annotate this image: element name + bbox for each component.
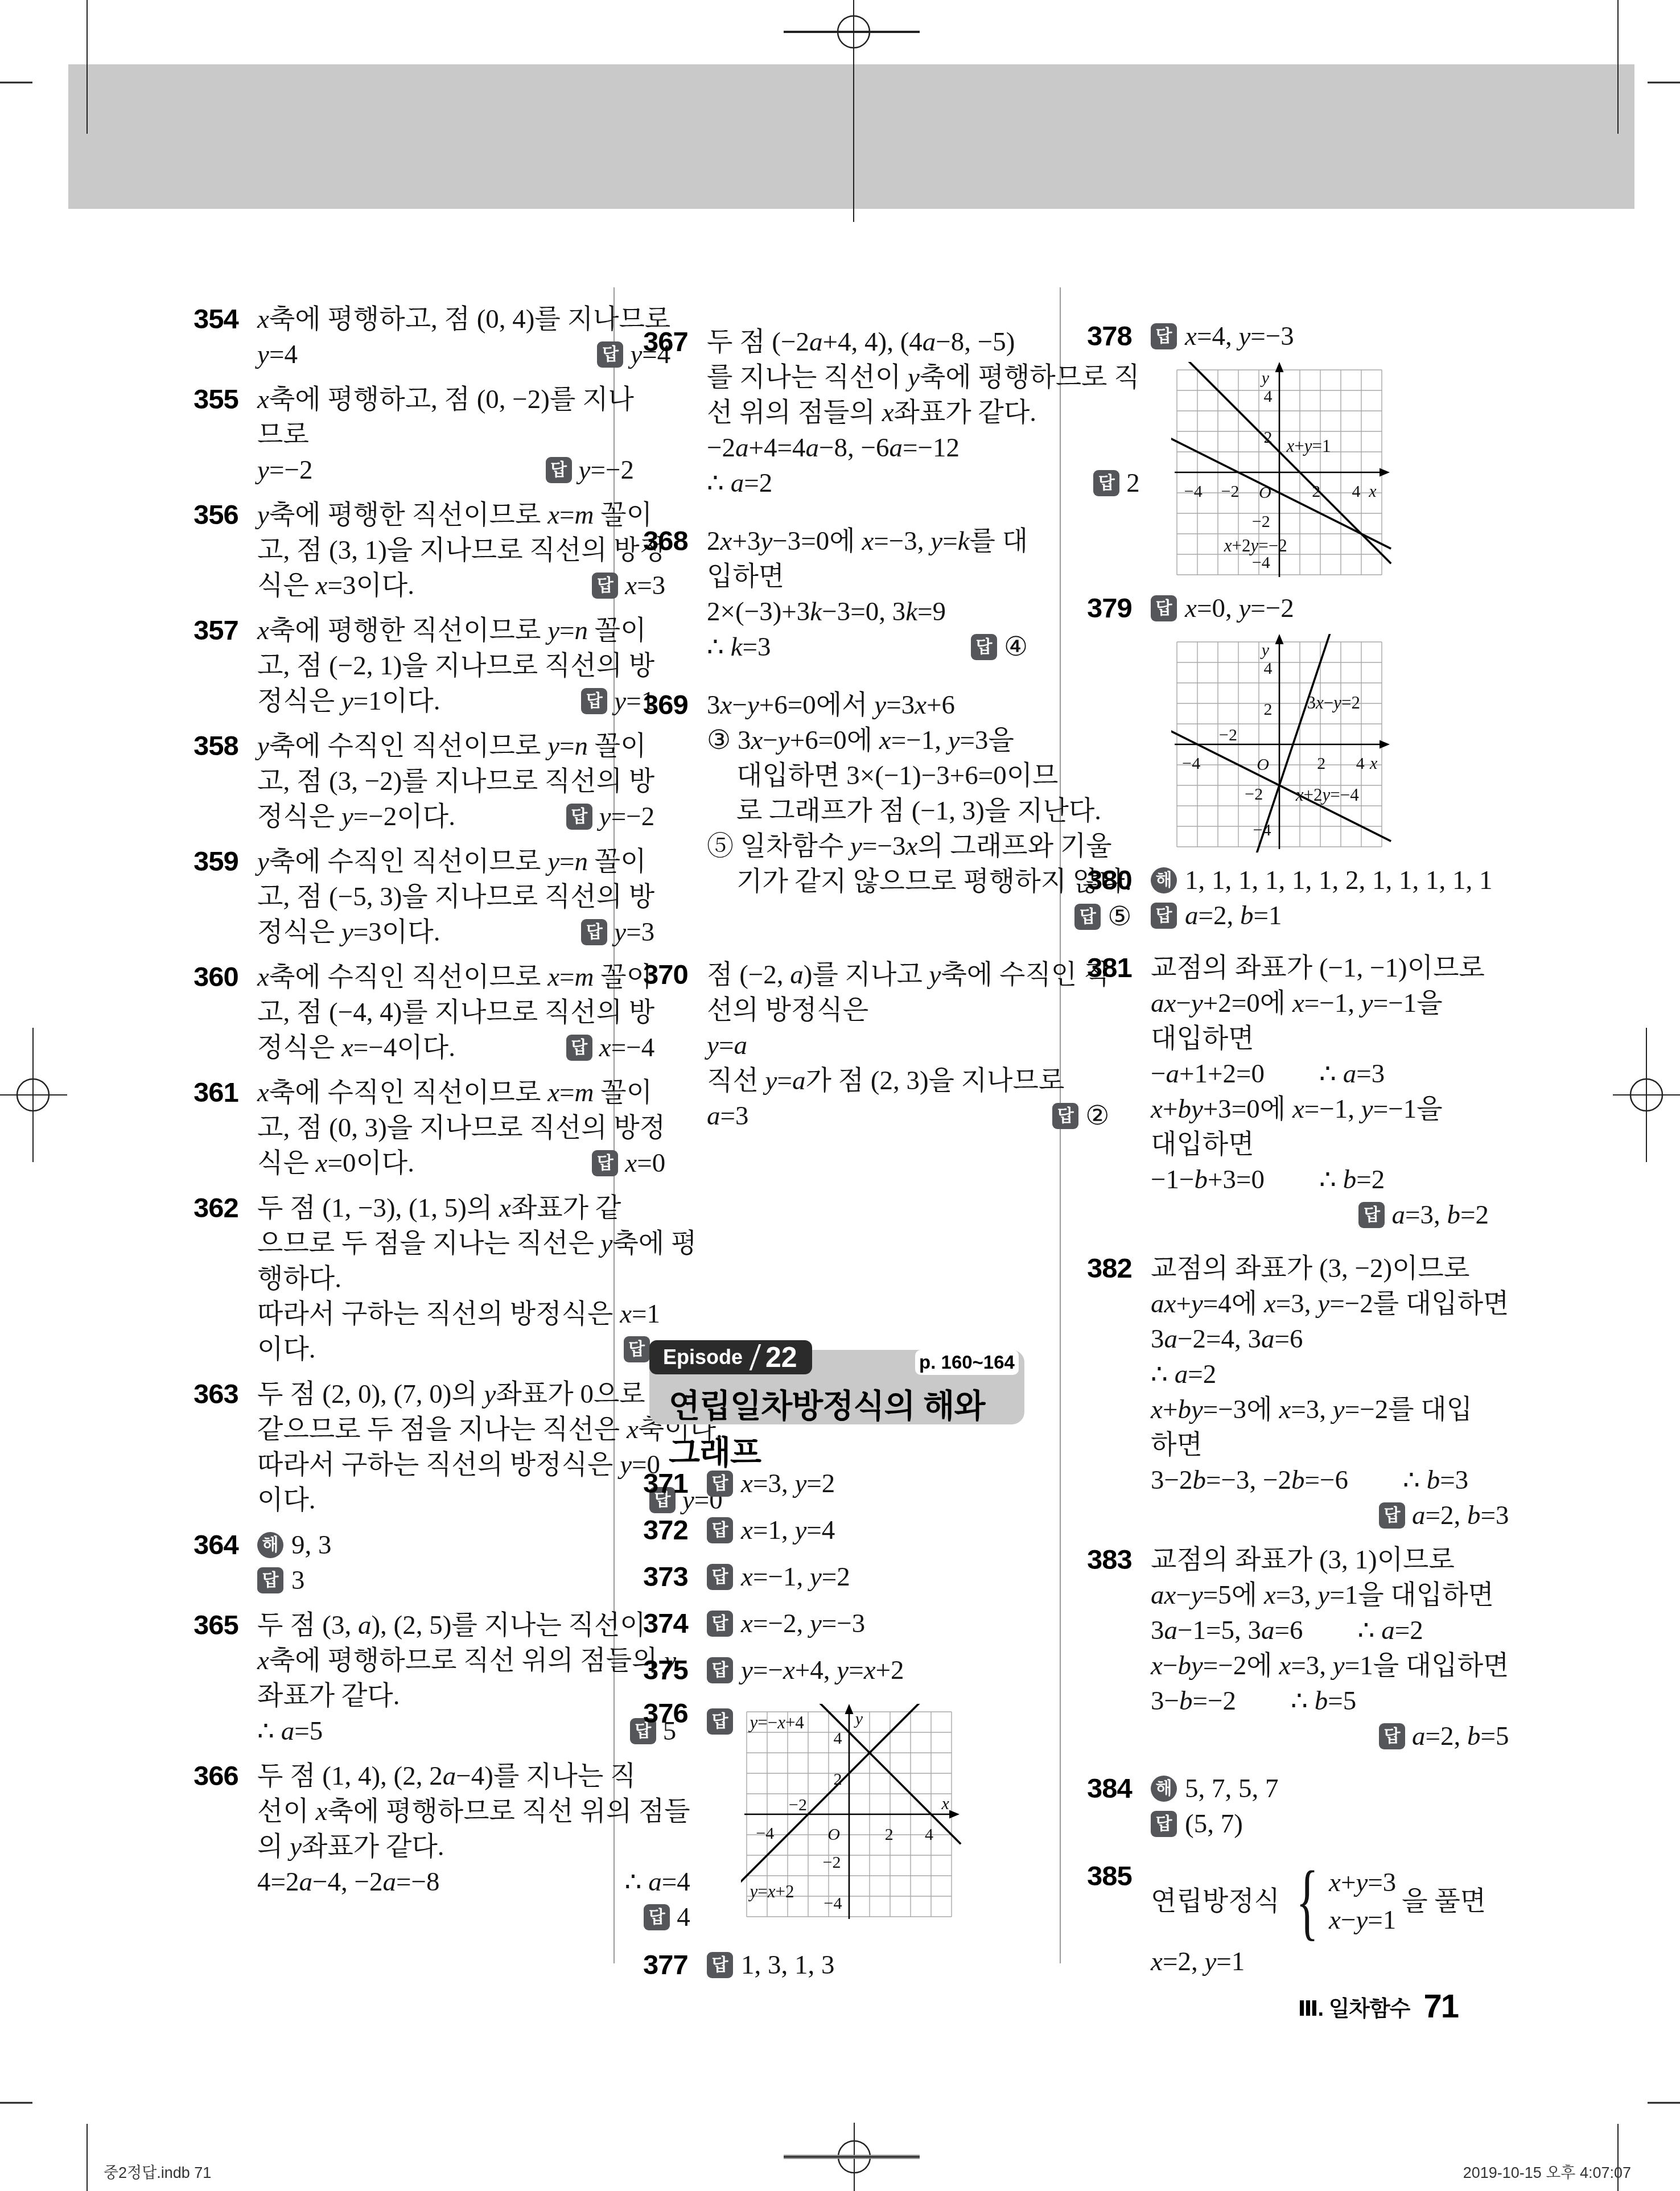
solution-line: 3x−y=2x+2y=−442−2−4−4−2O24xy (1151, 634, 1489, 852)
svg-text:2: 2 (1263, 428, 1272, 447)
problem-number: 385 (1087, 1859, 1151, 1979)
solution-line: 고, 점 (0, 3)을 지나므로 직선의 방정 (257, 1110, 665, 1146)
solution-text: x축에 수직인 직선이므로 x=m 꼴이 (257, 959, 652, 995)
solution-body: 2x+3y−3=0에 x=−3, y=k를 대입하면2×(−3)+3k−3=0,… (707, 524, 1028, 665)
solution-line: y축에 수직인 직선이므로 y=n 꼴이 (257, 728, 654, 764)
solution-line: 답(5, 7) (1151, 1806, 1489, 1842)
episode-number: 22 (765, 1341, 797, 1374)
solution-body: 답x=−2, y=−3 (707, 1606, 1028, 1641)
solution-line: 4=2a−4, −2a=−8∴ a=4 (257, 1864, 690, 1900)
solution-line: ax+y=4에 x=3, y=−2를 대입하면 (1151, 1286, 1509, 1321)
solution-line: ∴ a=2답2 (707, 466, 1140, 501)
solution-line: 므로 (257, 417, 634, 452)
chapter-label: Ⅲ. 일차함수 (1298, 1991, 1410, 2022)
solution-text: ⑤ 일차함수 y=−3x의 그래프와 기울 (707, 829, 1112, 864)
solution-text: 대입하면 (1151, 1127, 1254, 1162)
solution-text: 선의 방정식은 (707, 992, 868, 1028)
solution-line: 입하면 (707, 559, 1028, 594)
solution-line: 3x−y+6=0에서 y=3x+6 (707, 687, 1131, 723)
problem-number: 379 (1087, 591, 1151, 852)
solution-item-358: 358y축에 수직인 직선이므로 y=n 꼴이고, 점 (3, −2)를 지나므… (193, 728, 595, 834)
solution-line: 고, 점 (−5, 3)을 지나므로 직선의 방 (257, 879, 654, 915)
solution-line: 정식은 y=1이다.답y=1 (257, 683, 654, 719)
solution-badge: 해 (1151, 1776, 1177, 1802)
solution-body: y축에 평행한 직선이므로 x=m 꼴이고, 점 (3, 1)을 지나므로 직선… (257, 497, 665, 603)
solution-line: 답x=0, y=−2 (1151, 591, 1489, 626)
solution-text: 두 점 (1, 4), (2, 2a−4)를 지나는 직 (257, 1758, 636, 1794)
solution-line: 으므로 두 점을 지나는 직선은 y축에 평 (257, 1226, 697, 1261)
solution-item-379: 379답x=0, y=−23x−y=2x+2y=−442−2−4−4−2O24x… (1087, 591, 1489, 852)
svg-text:y: y (1260, 369, 1270, 388)
solution-text: 교점의 좌표가 (3, −2)이므로 (1151, 1251, 1469, 1286)
episode-badge: Episode 22 (649, 1340, 812, 1374)
solution-line: 3−2b=−3, −2b=−6∴ b=3 (1151, 1463, 1509, 1498)
answer-badge: 답 (257, 1567, 283, 1593)
solution-text: ∴ k=3 (707, 629, 771, 665)
solution-text: y축에 수직인 직선이므로 y=n 꼴이 (257, 844, 647, 879)
solution-text: a=2, b=1 (1185, 898, 1282, 933)
solution-text: 기가 같지 않으므로 평행하지 않다. (736, 864, 1131, 899)
solution-item-368: 3682x+3y−3=0에 x=−3, y=k를 대입하면2×(−3)+3k−3… (643, 524, 1028, 665)
svg-text:x+y=1: x+y=1 (1286, 436, 1331, 456)
solution-text: ∴ a=5 (257, 1714, 323, 1749)
solution-text: 두 점 (−2a+4, 4), (4a−8, −5) (707, 324, 1015, 360)
svg-text:−4: −4 (1253, 821, 1271, 839)
solution-conclusion: ∴ b=5 (1291, 1683, 1356, 1719)
problem-number: 359 (193, 844, 257, 950)
problem-number: 361 (193, 1075, 257, 1181)
svg-text:4: 4 (1356, 754, 1365, 773)
solution-line: 해5, 7, 5, 7 (1151, 1771, 1489, 1806)
solution-line: 교점의 좌표가 (−1, −1)이므로 (1151, 950, 1489, 986)
solution-text: 따라서 구하는 직선의 방정식은 y=0 (257, 1447, 660, 1482)
solution-badge: 해 (1151, 867, 1177, 893)
solution-text: 따라서 구하는 직선의 방정식은 x=1 (257, 1296, 660, 1332)
solution-item-384: 384해5, 7, 5, 7답(5, 7) (1087, 1771, 1489, 1842)
solution-text: 정식은 x=−4이다. (257, 1030, 455, 1065)
problem-number: 362 (193, 1191, 257, 1367)
solution-text: 식은 x=3이다. (257, 568, 414, 603)
answer-badge: 답 (707, 1517, 733, 1543)
solution-text: 점 (−2, a)를 지나고 y축에 수직인 직 (707, 957, 1109, 992)
answer-badge: 답 (546, 457, 572, 483)
solution-line: x축에 수직인 직선이므로 x=m 꼴이 (257, 1075, 665, 1110)
solution-line: 답3 (257, 1563, 595, 1598)
solution-body: 답x=−1, y=2 (707, 1559, 1028, 1595)
solution-line: −a+1+2=0∴ a=3 (1151, 1056, 1489, 1092)
episode-label: Episode (663, 1345, 743, 1369)
solution-text: 5, 7, 5, 7 (1185, 1771, 1279, 1806)
problem-number: 375 (643, 1653, 707, 1688)
solution-line: 답⑤ (707, 899, 1131, 934)
solution-body: x축에 평행한 직선이므로 y=n 꼴이고, 점 (−2, 1)을 지나므로 직… (257, 613, 654, 719)
solution-text: −1−b+3=0 (1151, 1162, 1265, 1197)
solution-line: ax−y=5에 x=3, y=1을 대입하면 (1151, 1578, 1509, 1613)
solution-text: a=3 (707, 1098, 749, 1134)
solution-line: 연립방정식{x+y=3x−y=1을 풀면 (1151, 1859, 1489, 1944)
g378-svg: x+y=1x+2y=−242−2−4−4−2O24xy (1171, 362, 1392, 580)
solution-line: ③ 3x−y+6=0에 x=−1, y=3을 (707, 723, 1131, 758)
solution-item-366: 366두 점 (1, 4), (2, 2a−4)를 지나는 직선이 x축에 평행… (193, 1758, 595, 1935)
solution-text: 행하다. (257, 1261, 341, 1296)
svg-text:2: 2 (833, 1770, 842, 1789)
solution-text: ax−y=5에 x=3, y=1을 대입하면 (1151, 1578, 1494, 1613)
solution-text: 정식은 y=−2이다. (257, 799, 455, 834)
column-2-bottom: 371답x=3, y=2372답x=1, y=4373답x=−1, y=2374… (643, 1455, 1028, 1983)
solution-text: x축에 평행하므로 직선 위의 점들의 y (257, 1643, 676, 1678)
solution-line: 답x=−1, y=2 (707, 1559, 1028, 1595)
solution-body: x축에 수직인 직선이므로 x=m 꼴이고, 점 (−4, 4)를 지나므로 직… (257, 959, 654, 1065)
solution-conclusion: ∴ b=3 (1403, 1463, 1468, 1498)
solution-line: 답y=−x+4y=x+242−2−4−4−2O24xy (707, 1704, 1028, 1922)
solution-item-355: 355x축에 평행하고, 점 (0, −2)를 지나므로y=−2답y=−2 (193, 382, 595, 488)
solution-body: 두 점 (1, 4), (2, 2a−4)를 지나는 직선이 x축에 평행하므로… (257, 1758, 690, 1935)
svg-text:O: O (1259, 483, 1271, 502)
solution-body: 답x=0, y=−23x−y=2x+2y=−442−2−4−4−2O24xy (1151, 591, 1489, 852)
solution-item-374: 374답x=−2, y=−3 (643, 1606, 1028, 1641)
solution-line: 대입하면 3×(−1)−3+6=0이므 (707, 758, 1131, 793)
answer-badge: 답 (1151, 595, 1177, 621)
solution-body: 답x=4, y=−3x+y=1x+2y=−242−2−4−4−2O24xy (1151, 319, 1489, 580)
svg-text:2: 2 (1317, 754, 1325, 773)
solution-line: ∴ a=2 (1151, 1357, 1509, 1392)
solution-line: ∴ a=5답5 (257, 1714, 676, 1749)
g376-svg: y=−x+4y=x+242−2−4−4−2O24xy (741, 1704, 962, 1922)
solution-text: 교점의 좌표가 (−1, −1)이므로 (1151, 950, 1485, 986)
solution-line: y축에 평행한 직선이므로 x=m 꼴이 (257, 497, 665, 533)
solution-body: 답x=1, y=4 (707, 1513, 1028, 1548)
solution-line: x+by+3=0에 x=−1, y=−1을 (1151, 1092, 1489, 1127)
solution-line: 답1, 3, 1, 3 (707, 1947, 1028, 1983)
svg-text:y=−x+4: y=−x+4 (748, 1712, 804, 1732)
solution-text: y=a (707, 1028, 747, 1063)
solution-line: 정식은 y=3이다.답y=3 (257, 915, 654, 950)
solution-line: 두 점 (1, −3), (1, 5)의 x좌표가 같 (257, 1191, 697, 1226)
solution-text: 3−b=−2 (1151, 1683, 1236, 1719)
problem-number: 376 (643, 1696, 707, 1922)
solution-text: ③ 3x−y+6=0에 x=−1, y=3을 (707, 723, 1014, 758)
problem-number: 374 (643, 1606, 707, 1641)
graph-g376: y=−x+4y=x+242−2−4−4−2O24xy (741, 1704, 962, 1922)
answer-badge: 답 (597, 341, 623, 368)
solution-text: 4=2a−4, −2a=−8 (257, 1864, 440, 1900)
solution-item-357: 357x축에 평행한 직선이므로 y=n 꼴이고, 점 (−2, 1)을 지나므… (193, 613, 595, 719)
solution-text: 고, 점 (−5, 3)을 지나므로 직선의 방 (257, 879, 654, 915)
solution-line: 두 점 (−2a+4, 4), (4a−8, −5) (707, 324, 1140, 360)
solution-item-375: 375답y=−x+4, y=x+2 (643, 1653, 1028, 1688)
problem-number: 367 (643, 324, 707, 501)
solution-item-382: 382교점의 좌표가 (3, −2)이므로ax+y=4에 x=3, y=−2를 … (1087, 1251, 1489, 1533)
problem-number: 369 (643, 687, 707, 934)
solution-line: 식은 x=3이다.답x=3 (257, 568, 665, 603)
answer-badge: 답 (592, 1150, 618, 1176)
svg-text:y: y (854, 1710, 863, 1728)
solution-item-359: 359y축에 수직인 직선이므로 y=n 꼴이고, 점 (−5, 3)을 지나므… (193, 844, 595, 950)
solution-text: ∴ a=2 (1151, 1357, 1216, 1392)
problem-number: 371 (643, 1466, 707, 1501)
solution-text: 이다. (257, 1332, 316, 1367)
solution-text: ∴ a=2 (707, 466, 772, 501)
solution-line: 하면 (1151, 1427, 1509, 1463)
answer-badge: 답 (566, 1035, 592, 1061)
answer-badge: 답 (581, 688, 607, 714)
solution-line: y=a (707, 1028, 1109, 1063)
system-brace: { (1296, 1859, 1319, 1944)
svg-text:O: O (827, 1825, 840, 1844)
problem-number: 377 (643, 1947, 707, 1983)
solution-item-380: 380해1, 1, 1, 1, 1, 1, 2, 1, 1, 1, 1, 1답a… (1087, 863, 1489, 933)
solution-text: x=3, y=2 (741, 1466, 835, 1501)
solution-line: x축에 수직인 직선이므로 x=m 꼴이 (257, 959, 654, 995)
solution-line: 점 (−2, a)를 지나고 y축에 수직인 직 (707, 957, 1109, 992)
solution-item-354: 354x축에 평행하고, 점 (0, 4)를 지나므로y=4답y=4 (193, 302, 595, 372)
solution-line: −2a+4=4a−8, −6a=−12 (707, 430, 1140, 466)
solution-item-371: 371답x=3, y=2 (643, 1466, 1028, 1501)
solution-text: x축에 평행하고, 점 (0, 4)를 지나므로 (257, 302, 670, 337)
column-2-top: 367두 점 (−2a+4, 4), (4a−8, −5)를 지나는 직선이 y… (643, 302, 1028, 1134)
problem-number: 368 (643, 524, 707, 665)
answer-value: 답a=2, b=5 (1379, 1719, 1509, 1754)
solution-body: 해9, 3답3 (257, 1527, 595, 1598)
solution-line: 2×(−3)+3k−3=0, 3k=9 (707, 594, 1028, 629)
solution-text: 2x+3y−3=0에 x=−3, y=k를 대 (707, 524, 1028, 559)
solution-text: 선 위의 점들의 x좌표가 같다. (707, 395, 1036, 430)
answer-badge: 답 (1151, 903, 1177, 929)
solution-item-372: 372답x=1, y=4 (643, 1513, 1028, 1548)
solution-line: 답x=4, y=−3 (1151, 319, 1489, 354)
solution-item-376: 376답y=−x+4y=x+242−2−4−4−2O24xy (643, 1696, 1028, 1922)
solution-line: 답a=2, b=1 (1151, 898, 1493, 933)
svg-text:−4: −4 (1184, 482, 1203, 501)
solution-line: x+by=−3에 x=3, y=−2를 대입 (1151, 1392, 1509, 1427)
solution-text: 직선 y=a가 점 (2, 3)을 지나므로 (707, 1063, 1064, 1098)
answer-badge: 답 (707, 1564, 733, 1590)
solution-line: x=2, y=1 (1151, 1944, 1489, 1979)
answer-value: 답x=−4 (566, 1030, 654, 1065)
solution-line: 해9, 3 (257, 1527, 595, 1563)
solution-body: 두 점 (−2a+4, 4), (4a−8, −5)를 지나는 직선이 y축에 … (707, 324, 1140, 501)
solution-line: a=3답② (707, 1098, 1109, 1134)
solution-conclusion: ∴ a=2 (1358, 1613, 1423, 1648)
svg-text:2: 2 (1312, 482, 1320, 501)
solution-line: 선 위의 점들의 x좌표가 같다. (707, 395, 1140, 430)
problem-number: 383 (1087, 1542, 1151, 1754)
episode-page-range: p. 160~164 (915, 1350, 1019, 1375)
solution-line: 식은 x=0이다.답x=0 (257, 1146, 665, 1181)
solution-line: 3a−2=4, 3a=6 (1151, 1321, 1509, 1357)
solution-item-373: 373답x=−1, y=2 (643, 1559, 1028, 1595)
file-name-slug: 중2정답.indb 71 (104, 2160, 211, 2182)
solution-text: x축에 평행한 직선이므로 y=n 꼴이 (257, 613, 647, 648)
svg-text:3x−y=2: 3x−y=2 (1307, 693, 1361, 713)
problem-number: 358 (193, 728, 257, 834)
solution-text: 정식은 y=1이다. (257, 683, 440, 719)
answer-badge: 답 (624, 1336, 650, 1362)
solution-line: 선의 방정식은 (707, 992, 1109, 1028)
solution-line: 좌표가 같다. (257, 1678, 676, 1714)
solution-line: 답a=2, b=5 (1151, 1719, 1509, 1754)
solution-body: 두 점 (1, −3), (1, 5)의 x좌표가 같으므로 두 점을 지나는 … (257, 1191, 697, 1367)
solution-line: 행하다. (257, 1261, 697, 1296)
solution-text: 대입하면 3×(−1)−3+6=0이므 (736, 758, 1059, 793)
svg-text:4: 4 (1263, 659, 1272, 678)
solution-line: 고, 점 (−4, 4)를 지나므로 직선의 방 (257, 995, 654, 1030)
solution-text: 교점의 좌표가 (3, 1)이므로 (1151, 1542, 1455, 1578)
svg-text:−2: −2 (789, 1795, 807, 1814)
problem-number: 382 (1087, 1251, 1151, 1533)
solution-text: x=1, y=4 (741, 1513, 835, 1548)
graph-g378: x+y=1x+2y=−242−2−4−4−2O24xy (1171, 362, 1392, 580)
svg-text:x: x (1368, 482, 1377, 501)
solution-line: y=4답y=4 (257, 337, 670, 372)
solution-body: 두 점 (3, a), (2, 5)를 지나는 직선이x축에 평행하므로 직선 … (257, 1608, 676, 1749)
answer-badge: 답 (707, 1708, 733, 1735)
solution-text: 정식은 y=3이다. (257, 915, 440, 950)
problem-number: 378 (1087, 319, 1151, 580)
answer-badge: 답 (581, 919, 607, 945)
svg-text:4: 4 (1263, 387, 1272, 406)
solution-body: y축에 수직인 직선이므로 y=n 꼴이고, 점 (3, −2)를 지나므로 직… (257, 728, 654, 834)
solution-item-367: 367두 점 (−2a+4, 4), (4a−8, −5)를 지나는 직선이 y… (643, 324, 1028, 501)
solution-item-369: 3693x−y+6=0에서 y=3x+6③ 3x−y+6=0에 x=−1, y=… (643, 687, 1028, 934)
solution-line: 답x=−2, y=−3 (707, 1606, 1028, 1641)
answer-value: 답④ (971, 629, 1028, 665)
solution-line: ⑤ 일차함수 y=−3x의 그래프와 기울 (707, 829, 1131, 864)
page-number: 71 (1423, 1987, 1458, 2025)
solution-line: ∴ k=3답④ (707, 629, 1028, 665)
solution-line: 를 지나는 직선이 y축에 평행하므로 직 (707, 360, 1140, 395)
solution-line: x−by=−2에 x=3, y=1을 대입하면 (1151, 1648, 1509, 1683)
solution-line: 답x=3, y=2 (707, 1466, 1028, 1501)
solution-line: x축에 평행한 직선이므로 y=n 꼴이 (257, 613, 654, 648)
solution-conclusion: ∴ b=2 (1319, 1162, 1385, 1197)
answer-value: 답x=0 (592, 1146, 665, 1181)
solution-line: 답x=1, y=4 (707, 1513, 1028, 1548)
episode-slash-divider (750, 1344, 761, 1370)
solution-text: 으므로 두 점을 지나는 직선은 y축에 평 (257, 1226, 697, 1261)
solution-text: x=0, y=−2 (1185, 591, 1294, 626)
solution-line: 대입하면 (1151, 1021, 1489, 1056)
solution-text: 두 점 (3, a), (2, 5)를 지나는 직선이 (257, 1608, 646, 1643)
solution-text: 1, 3, 1, 3 (741, 1947, 835, 1983)
svg-text:y=x+2: y=x+2 (748, 1881, 794, 1901)
solution-body: 해5, 7, 5, 7답(5, 7) (1151, 1771, 1489, 1842)
column-3: 378답x=4, y=−3x+y=1x+2y=−242−2−4−4−2O24xy… (1087, 302, 1489, 1979)
solution-line: 고, 점 (−2, 1)을 지나므로 직선의 방 (257, 648, 654, 683)
solution-item-383: 383교점의 좌표가 (3, 1)이므로ax−y=5에 x=3, y=1을 대입… (1087, 1542, 1489, 1754)
solution-line: 3a−1=5, 3a=6∴ a=2 (1151, 1613, 1509, 1648)
solution-item-370: 370점 (−2, a)를 지나고 y축에 수직인 직선의 방정식은y=a직선 … (643, 957, 1028, 1134)
solution-body: x축에 수직인 직선이므로 x=m 꼴이고, 점 (0, 3)을 지나므로 직선… (257, 1075, 665, 1181)
solution-text: 좌표가 같다. (257, 1678, 400, 1714)
solution-text: (5, 7) (1185, 1806, 1243, 1842)
svg-text:−2: −2 (1252, 512, 1270, 531)
answer-badge: 답 (707, 1952, 733, 1978)
svg-text:4: 4 (833, 1729, 842, 1748)
solution-text: x축에 평행하고, 점 (0, −2)를 지나 (257, 382, 634, 417)
solution-text: 므로 (257, 417, 309, 452)
solution-text: x=4, y=−3 (1185, 319, 1294, 354)
solution-text: 3a−2=4, 3a=6 (1151, 1321, 1303, 1357)
problem-number: 356 (193, 497, 257, 603)
solution-body: 3x−y+6=0에서 y=3x+6③ 3x−y+6=0에 x=−1, y=3을대… (707, 687, 1131, 934)
solution-item-360: 360x축에 수직인 직선이므로 x=m 꼴이고, 점 (−4, 4)를 지나므… (193, 959, 595, 1065)
solution-line: 2x+3y−3=0에 x=−3, y=k를 대 (707, 524, 1028, 559)
svg-text:−2: −2 (1219, 726, 1237, 744)
solution-item-364: 364해9, 3답3 (193, 1527, 595, 1598)
solution-text: −a+1+2=0 (1151, 1056, 1265, 1092)
answer-badge: 답 (707, 1657, 733, 1683)
solution-body: 교점의 좌표가 (3, −2)이므로ax+y=4에 x=3, y=−2를 대입하… (1151, 1251, 1509, 1533)
solution-body: 교점의 좌표가 (−1, −1)이므로ax−y+2=0에 x=−1, y=−1을… (1151, 950, 1489, 1233)
problem-number: 373 (643, 1559, 707, 1595)
solution-line: 고, 점 (3, −2)를 지나므로 직선의 방 (257, 764, 654, 799)
solution-line: 이다.답x=1 (257, 1332, 697, 1367)
graph-g379: 3x−y=2x+2y=−442−2−4−4−2O24xy (1171, 634, 1392, 852)
solution-line: 정식은 y=−2이다.답y=−2 (257, 799, 654, 834)
solution-text: 1, 1, 1, 1, 1, 1, 2, 1, 1, 1, 1, 1 (1185, 863, 1493, 898)
solution-item-361: 361x축에 수직인 직선이므로 x=m 꼴이고, 점 (0, 3)을 지나므로… (193, 1075, 595, 1181)
solution-text: 두 점 (2, 0), (7, 0)의 y좌표가 0으로 (257, 1377, 645, 1412)
solution-line: 답y=−x+4, y=x+2 (707, 1653, 1028, 1688)
svg-text:2: 2 (1263, 700, 1272, 719)
answer-badge: 답 (1151, 323, 1177, 349)
solution-text: −2a+4=4a−8, −6a=−12 (707, 430, 960, 466)
solution-body: 답x=3, y=2 (707, 1466, 1028, 1501)
solution-text: 고, 점 (−2, 1)을 지나므로 직선의 방 (257, 648, 654, 683)
solution-text: x축에 수직인 직선이므로 x=m 꼴이 (257, 1075, 652, 1110)
solution-body: 교점의 좌표가 (3, 1)이므로ax−y=5에 x=3, y=1을 대입하면3… (1151, 1542, 1509, 1754)
solution-body: x축에 평행하고, 점 (0, 4)를 지나므로y=4답y=4 (257, 302, 670, 372)
answer-badge: 답 (1052, 1103, 1078, 1129)
solution-line: x축에 평행하므로 직선 위의 점들의 y (257, 1643, 676, 1678)
problem-number: 370 (643, 957, 707, 1134)
solution-line: 답a=2, b=3 (1151, 1498, 1509, 1533)
solution-text: 고, 점 (0, 3)을 지나므로 직선의 방정 (257, 1110, 665, 1146)
solution-item-365: 365두 점 (3, a), (2, 5)를 지나는 직선이x축에 평행하므로 … (193, 1608, 595, 1749)
svg-text:x: x (941, 1794, 950, 1813)
solution-item-378: 378답x=4, y=−3x+y=1x+2y=−242−2−4−4−2O24xy (1087, 319, 1489, 580)
solution-body: 연립방정식{x+y=3x−y=1을 풀면x=2, y=1 (1151, 1859, 1489, 1979)
solution-text: 입하면 (707, 559, 784, 594)
answer-badge: 답 (1379, 1723, 1405, 1749)
solution-item-356: 356y축에 평행한 직선이므로 x=m 꼴이고, 점 (3, 1)을 지나므로… (193, 497, 595, 603)
solution-text: 하면 (1151, 1427, 1203, 1463)
solution-text: x=−2, y=−3 (741, 1606, 865, 1641)
solution-body: 해1, 1, 1, 1, 1, 1, 2, 1, 1, 1, 1, 1답a=2,… (1151, 863, 1493, 933)
svg-text:−4: −4 (823, 1894, 842, 1913)
svg-text:x: x (1369, 754, 1378, 773)
solution-text: 고, 점 (3, 1)을 지나므로 직선의 방정 (257, 533, 665, 568)
solution-line: 해1, 1, 1, 1, 1, 1, 2, 1, 1, 1, 1, 1 (1151, 863, 1493, 898)
answer-value: 답a=3, b=2 (1358, 1197, 1489, 1233)
solution-item-362: 362두 점 (1, −3), (1, 5)의 x좌표가 같으므로 두 점을 지… (193, 1191, 595, 1367)
solution-line: x축에 평행하고, 점 (0, 4)를 지나므로 (257, 302, 670, 337)
solution-text: y축에 평행한 직선이므로 x=m 꼴이 (257, 497, 652, 533)
svg-text:2: 2 (885, 1825, 893, 1844)
solution-badge: 해 (257, 1532, 283, 1558)
solution-line: 답a=3, b=2 (1151, 1197, 1489, 1233)
answer-badge: 답 (566, 804, 592, 830)
solution-line: 직선 y=a가 점 (2, 3)을 지나므로 (707, 1063, 1109, 1098)
svg-text:x+2y=−4: x+2y=−4 (1295, 785, 1359, 805)
solution-text: y=4 (257, 337, 298, 372)
solution-line: x축에 평행하고, 점 (0, −2)를 지나 (257, 382, 634, 417)
solution-line: ax−y+2=0에 x=−1, y=−1을 (1151, 986, 1489, 1021)
solution-text: 3 (291, 1563, 305, 1598)
solution-line: 로 그래프가 점 (−1, 3)을 지난다. (707, 793, 1131, 829)
solution-text: 두 점 (1, −3), (1, 5)의 x좌표가 같 (257, 1191, 621, 1226)
